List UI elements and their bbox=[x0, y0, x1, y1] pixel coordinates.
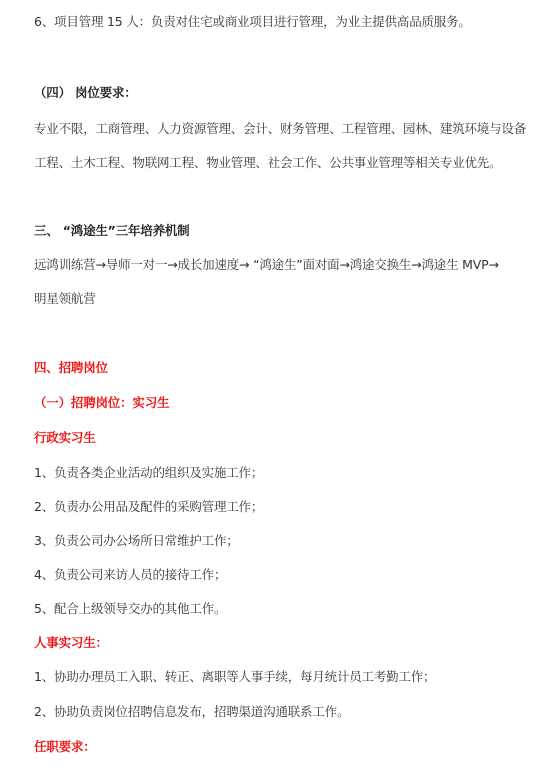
admin-intern-heading: 行政实习生 bbox=[34, 430, 96, 446]
admin-duty-5: 5、配合上级领导交办的其他工作。 bbox=[34, 601, 226, 617]
training-path-line-1: 远鸿训练营→导师一对一→成长加速度→ “鸿途生”面对面→鸿途交换生→鸿途生 MV… bbox=[34, 257, 499, 273]
hr-duty-1: 1、协助办理员工入职、转正、离职等人事手续，每月统计员工考勤工作； bbox=[34, 669, 435, 685]
admin-duty-2: 2、负责办公用品及配件的采购管理工作； bbox=[34, 499, 263, 515]
section-4-job-requirements-heading: （四） 岗位要求： bbox=[34, 85, 137, 101]
admin-duty-3: 3、负责公司办公场所日常维护工作； bbox=[34, 533, 239, 549]
intern-position-subheading: （一）招聘岗位：实习生 bbox=[34, 395, 169, 411]
job-qualifications-heading: 任职要求： bbox=[34, 739, 96, 755]
hr-intern-heading: 人事实习生： bbox=[34, 635, 108, 651]
part-4-recruitment-positions-heading: 四、招聘岗位 bbox=[34, 360, 108, 376]
major-requirements-line-1: 专业不限，工商管理、人力资源管理、会计、财务管理、工程管理、园林、建筑环境与设备 bbox=[34, 121, 526, 137]
part-3-training-mechanism-heading: 三、 “鸿途生”三年培养机制 bbox=[34, 223, 189, 239]
major-requirements-line-2: 工程、土木工程、物联网工程、物业管理、社会工作、公共事业管理等相关专业优先。 bbox=[34, 155, 501, 171]
training-path-line-2: 明星领航营 bbox=[34, 291, 96, 307]
hr-duty-2: 2、协助负责岗位招聘信息发布，招聘渠道沟通联系工作。 bbox=[34, 704, 349, 720]
admin-duty-4: 4、负责公司来访人员的接待工作； bbox=[34, 567, 226, 583]
admin-duty-1: 1、负责各类企业活动的组织及实施工作； bbox=[34, 465, 263, 481]
project-management-item: 6、项目管理 15 人：负责对住宅或商业项目进行管理，为业主提供高品质服务。 bbox=[34, 14, 471, 30]
